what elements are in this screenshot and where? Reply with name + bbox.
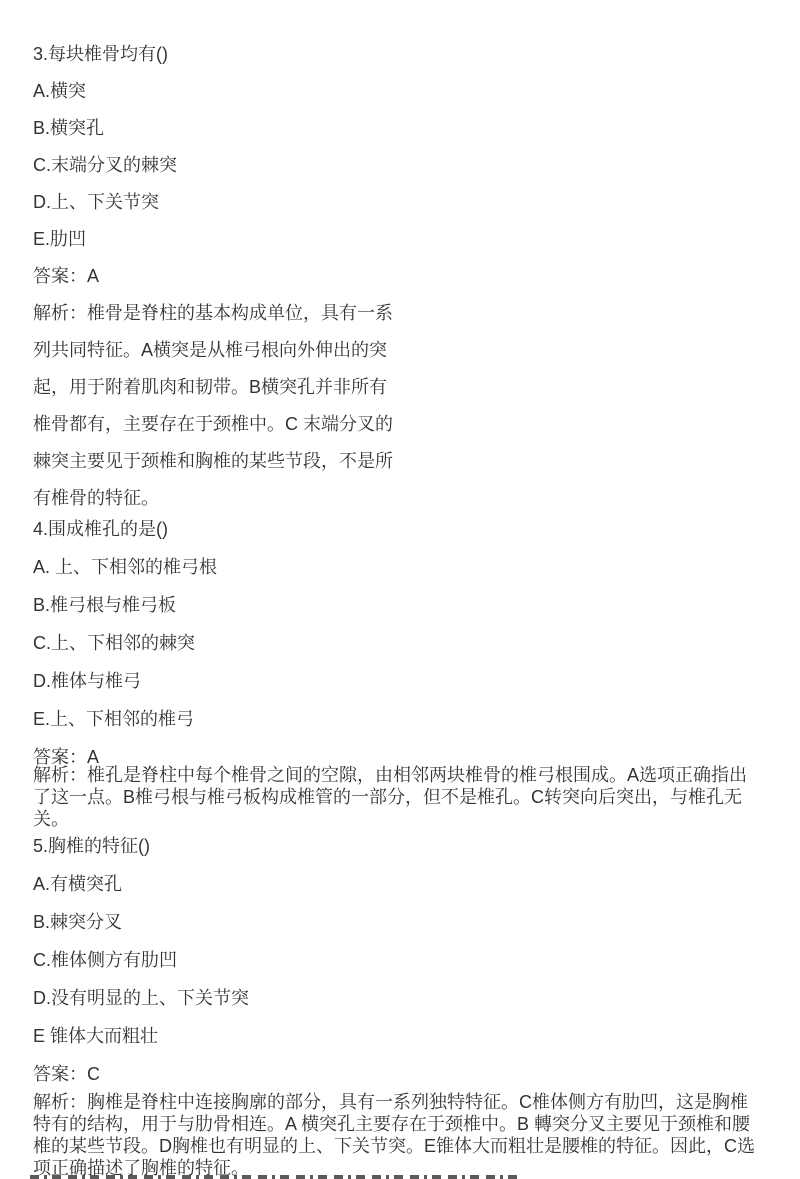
analysis-line: 棘突主要见于颈椎和胸椎的某些节段，不是所 (33, 443, 772, 480)
truncated-next-text-line (30, 1175, 523, 1179)
question-option-c: C.椎体侧方有肋凹 (33, 941, 772, 979)
question-option-a: A.横突 (33, 73, 772, 110)
analysis-line: 椎骨都有，主要存在于颈椎中。C 末端分叉的 (33, 406, 772, 443)
question-option-d: D.椎体与椎弓 (33, 662, 772, 700)
analysis-line: 解析：椎骨是脊柱的基本构成单位，具有一系 (33, 295, 772, 332)
question-option-b: B.椎弓根与椎弓板 (33, 586, 772, 624)
question-block-5: 5.胸椎的特征() A.有横突孔 B.棘突分叉 C.椎体侧方有肋凹 D.没有明显… (33, 827, 772, 1093)
question-option-b: B.棘突分叉 (33, 903, 772, 941)
question-block-3: 3.每块椎骨均有() A.横突 B.横突孔 C.末端分叉的棘突 D.上、下关节突… (33, 36, 772, 517)
analysis-line: 特有的结构，用于与肋骨相连。A 横突孔主要存在于颈椎中。B 轉突分叉主要见于颈椎… (33, 1113, 772, 1135)
question-4-analysis: 解析：椎孔是脊柱中每个椎骨之间的空隙，由相邻两块椎骨的椎弓根围成。A选项正确指出… (33, 764, 772, 830)
question-option-d: D.没有明显的上、下关节突 (33, 979, 772, 1017)
question-5-analysis: 解析：胸椎是脊柱中连接胸廓的部分，具有一系列独特特征。C椎体侧方有肋凹，这是胸椎… (33, 1091, 772, 1179)
question-title: 4.围成椎孔的是() (33, 510, 772, 548)
question-option-b: B.横突孔 (33, 110, 772, 147)
question-option-a: A. 上、下相邻的椎弓根 (33, 548, 772, 586)
question-title: 5.胸椎的特征() (33, 827, 772, 865)
question-option-e: E 锥体大而粗壮 (33, 1017, 772, 1055)
question-option-e: E.上、下相邻的椎弓 (33, 700, 772, 738)
analysis-line: 解析：胸椎是脊柱中连接胸廓的部分，具有一系列独特特征。C椎体侧方有肋凹，这是胸椎 (33, 1091, 772, 1113)
document-page: 3.每块椎骨均有() A.横突 B.横突孔 C.末端分叉的棘突 D.上、下关节突… (0, 0, 800, 1179)
question-option-c: C.上、下相邻的棘突 (33, 624, 772, 662)
question-block-4: 4.围成椎孔的是() A. 上、下相邻的椎弓根 B.椎弓根与椎弓板 C.上、下相… (33, 510, 772, 776)
analysis-line: 了这一点。B椎弓根与椎弓板构成椎管的一部分，但不是椎孔。C转突向后突出，与椎孔无 (33, 786, 772, 808)
analysis-line: 列共同特征。A横突是从椎弓根向外伸出的突 (33, 332, 772, 369)
question-option-d: D.上、下关节突 (33, 184, 772, 221)
answer-line: 答案：C (33, 1055, 772, 1093)
question-option-e: E.肋凹 (33, 221, 772, 258)
analysis-line: 起，用于附着肌肉和韧带。B横突孔并非所有 (33, 369, 772, 406)
analysis-line: 解析：椎孔是脊柱中每个椎骨之间的空隙，由相邻两块椎骨的椎弓根围成。A选项正确指出 (33, 764, 772, 786)
question-option-a: A.有横突孔 (33, 865, 772, 903)
answer-line: 答案：A (33, 258, 772, 295)
analysis-line: 椎的某些节段。D胸椎也有明显的上、下关节突。E锥体大而粗壮是腰椎的特征。因此，C… (33, 1135, 772, 1157)
question-title: 3.每块椎骨均有() (33, 36, 772, 73)
question-option-c: C.末端分叉的棘突 (33, 147, 772, 184)
